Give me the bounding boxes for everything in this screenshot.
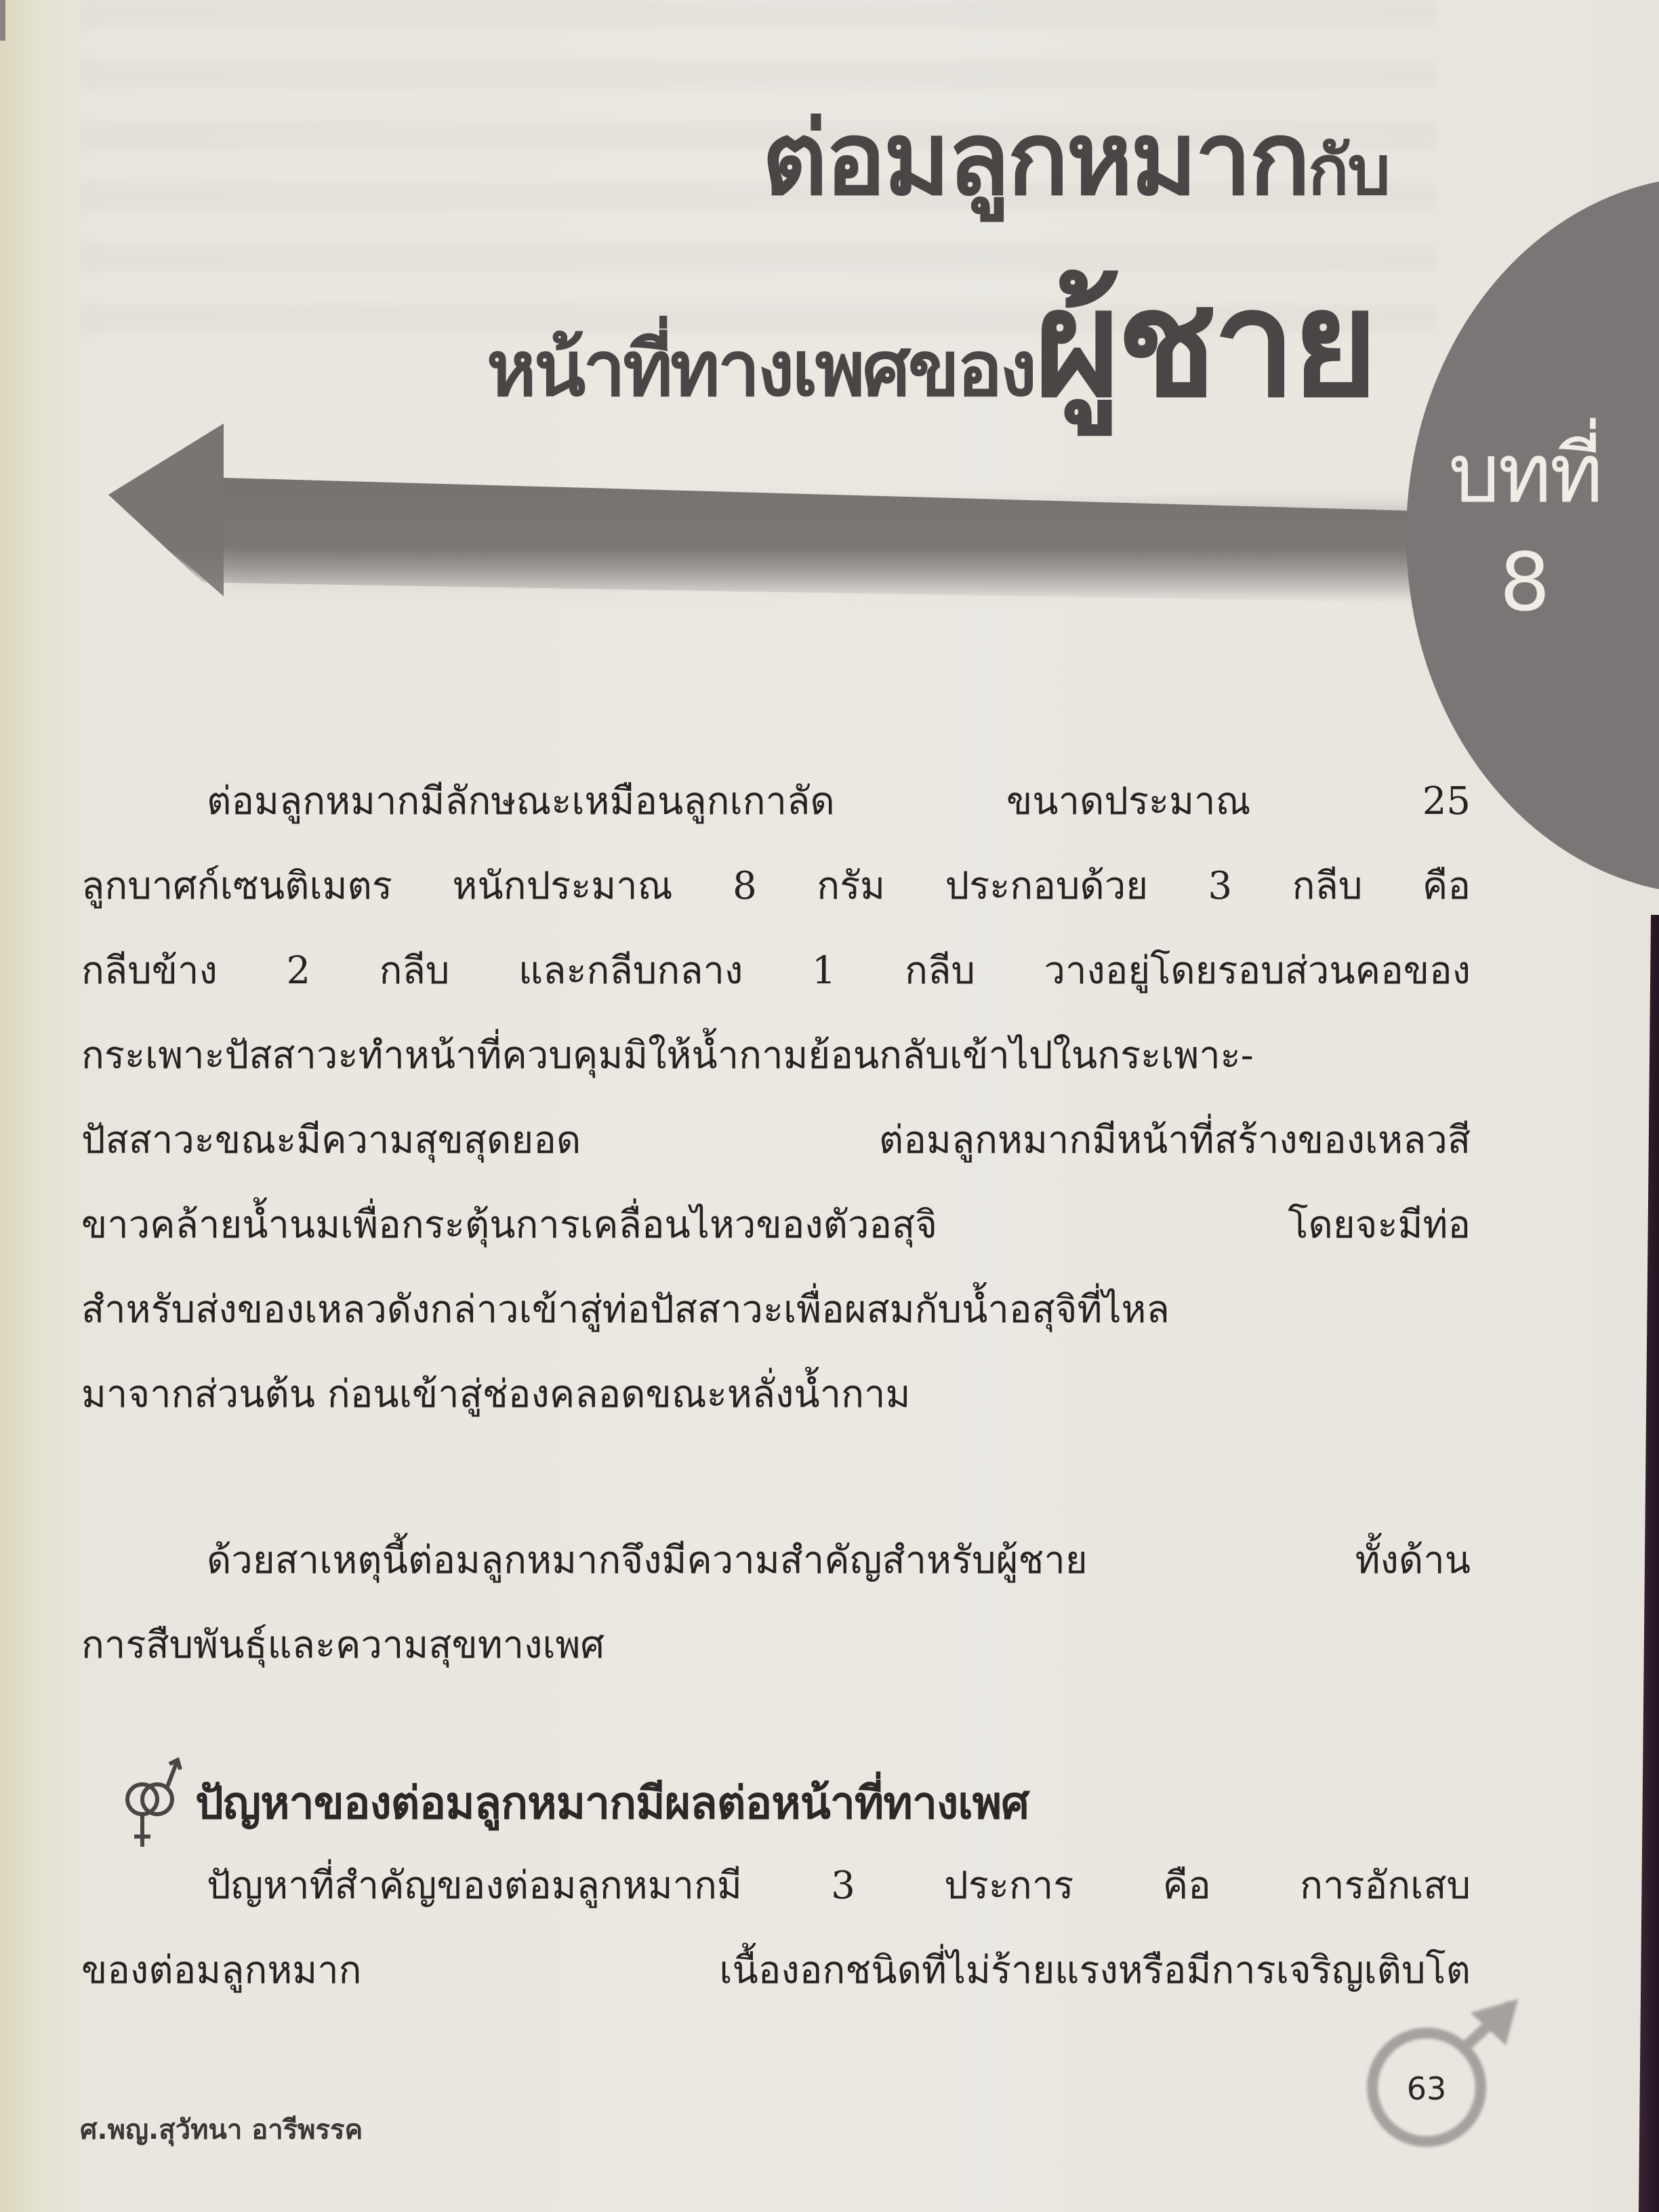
section-heading: ปัญหาของต่อมลูกหมากมีผลต่อหน้าที่ทางเพศ [122, 1752, 1029, 1853]
male-female-symbol-icon [122, 1752, 183, 1853]
title-line2-main: หน้าที่ทางเพศของ [487, 325, 1034, 413]
text-line: ด้วยสาเหตุนี้ต่อมลูกหมากจึงมีความสำคัญสำ… [81, 1518, 1471, 1603]
text-line: ปัญหาที่สำคัญของต่อมลูกหมากมี 3 ประการ ค… [81, 1843, 1471, 1928]
title-emphasis: ผู้ชาย [1034, 259, 1374, 430]
chapter-title-line2: หน้าที่ทางเพศของผู้ชาย [487, 271, 1374, 419]
paragraph-3: ปัญหาที่สำคัญของต่อมลูกหมากมี 3 ประการ ค… [81, 1843, 1471, 2013]
text-line: การสืบพันธุ์และความสุขทางเพศ [81, 1603, 1471, 1687]
title-main: ต่อมลูกหมาก [762, 100, 1308, 218]
chapter-label: บทที่ [1437, 434, 1613, 515]
page-number: 63 [1386, 2070, 1467, 2107]
page-edge-left [0, 0, 5, 41]
text-line: กลีบข้าง 2 กลีบ และกลีบกลาง 1 กลีบ วางอย… [81, 928, 1471, 1013]
section-heading-text: ปัญหาของต่อมลูกหมากมีผลต่อหน้าที่ทางเพศ [195, 1767, 1029, 1839]
chapter-number: 8 [1437, 542, 1613, 622]
paragraph-2: ด้วยสาเหตุนี้ต่อมลูกหมากจึงมีความสำคัญสำ… [81, 1518, 1471, 1687]
chapter-title-line1: ต่อมลูกหมากกับ [762, 108, 1389, 210]
text-line: ปัสสาวะขณะมีความสุขสุดยอด ต่อมลูกหมากมีห… [81, 1098, 1471, 1183]
text-line: ของต่อมลูกหมาก เนื้องอกชนิดที่ไม่ร้ายแรง… [81, 1928, 1471, 2013]
title-suffix: กับ [1308, 131, 1389, 210]
page-number-badge: 63 [1349, 1992, 1552, 2169]
text-line: สำหรับส่งของเหลวดังกล่าวเข้าสู่ท่อปัสสาว… [81, 1267, 1471, 1352]
text-line: มาจากส่วนต้น ก่อนเข้าสู่ช่องคลอดขณะหลั่ง… [81, 1352, 1471, 1437]
paragraph-1: ต่อมลูกหมากมีลักษณะเหมือนลูกเกาลัด ขนาดป… [81, 759, 1471, 1437]
author-name: ศ.พญ.สุวัทนา อารีพรรค [80, 2108, 363, 2151]
text-line: กระเพาะปัสสาวะทำหน้าที่ควบคุมมิให้น้ำกาม… [81, 1013, 1471, 1098]
text-line: ลูกบาศก์เซนติเมตร หนักประมาณ 8 กรัม ประก… [81, 844, 1471, 928]
text-line: ขาวคล้ายน้ำนมเพื่อกระตุ้นการเคลื่อนไหวขอ… [81, 1183, 1471, 1267]
text-line: ต่อมลูกหมากมีลักษณะเหมือนลูกเกาลัด ขนาดป… [81, 759, 1471, 844]
